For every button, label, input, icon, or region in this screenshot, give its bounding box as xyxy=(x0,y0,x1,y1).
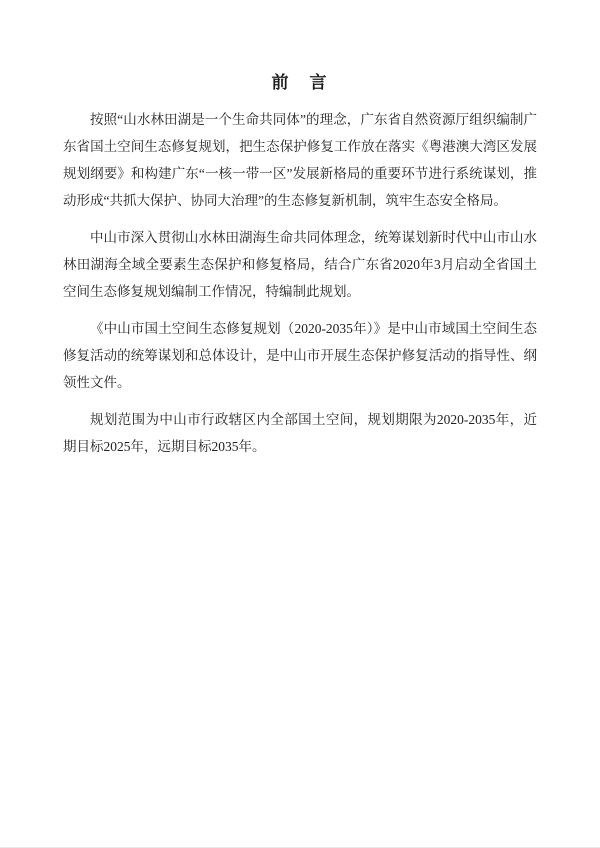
document-body: 按照“山水林田湖是一个生命共同体”的理念，广东省自然资源厅组织编制广东省国土空间… xyxy=(63,106,537,460)
page-title: 前 言 xyxy=(63,68,537,93)
document-page: 前 言 按照“山水林田湖是一个生命共同体”的理念，广东省自然资源厅组织编制广东省… xyxy=(0,0,600,848)
paragraph: 《中山市国土空间生态修复规划（2020-2035年）》是中山市域国土空间生态修复… xyxy=(63,315,537,396)
paragraph: 规划范围为中山市行政辖区内全部国土空间，规划期限为2020-2035年，近期目标… xyxy=(63,406,537,460)
paragraph: 中山市深入贯彻山水林田湖海生命共同体理念，统筹谋划新时代中山市山水林田湖海全域全… xyxy=(63,224,537,305)
paragraph: 按照“山水林田湖是一个生命共同体”的理念，广东省自然资源厅组织编制广东省国土空间… xyxy=(63,106,537,214)
